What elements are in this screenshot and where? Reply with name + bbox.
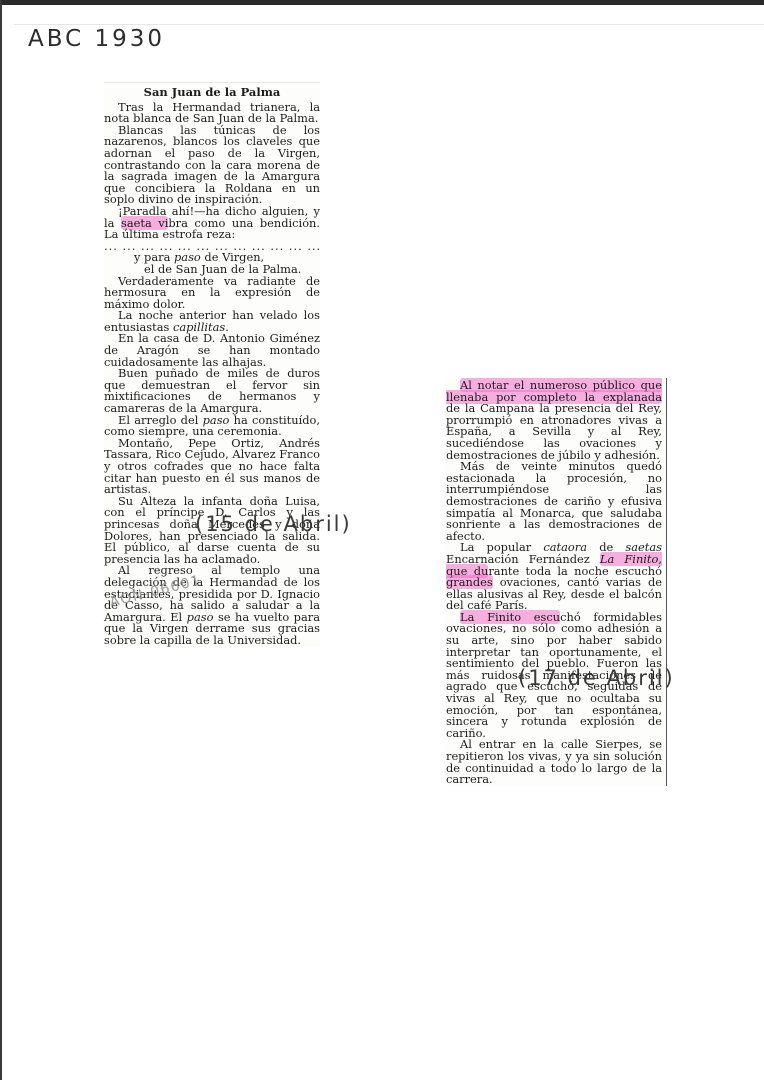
right-clipping: Al notar el numeroso público que llenaba… <box>446 378 667 786</box>
handwritten-date-left: (15 de Abril) <box>195 512 352 536</box>
highlight-mark: Al notar el numeroso público que llenaba… <box>446 378 662 404</box>
paragraph: Blancas las túnicas de los nazarenos, bl… <box>104 125 320 206</box>
paragraph: Al notar el numeroso público que llenaba… <box>446 380 662 461</box>
paragraph: Montaño, Pepe Ortiz, Andrés Tassara, Ric… <box>104 438 320 496</box>
paragraph: La noche anterior han velado los entusia… <box>104 310 320 333</box>
paragraph: El arreglo del paso ha constituído, como… <box>104 415 320 438</box>
scan-top-edge <box>0 0 764 5</box>
paragraph: Tras la Hermandad trianera, la nota blan… <box>104 102 320 125</box>
handwritten-title: ABC 1930 <box>28 26 165 52</box>
handwritten-date-right: (17 de Abril) <box>518 666 675 690</box>
scan-left-edge <box>0 0 2 1080</box>
left-clipping: San Juan de la Palma Tras la Hermandad t… <box>104 82 320 647</box>
paragraph: La popular cataora de saetas Encarnación… <box>446 542 662 612</box>
paragraph: Buen puñado de miles de duros que demues… <box>104 368 320 414</box>
page-edge-line <box>14 24 764 25</box>
paragraph: En la casa de D. Antonio Giménez de Arag… <box>104 333 320 368</box>
paragraph: Al entrar en la calle Sierpes, se repiti… <box>446 739 662 785</box>
clipping-heading: San Juan de la Palma <box>104 87 320 99</box>
paragraph: Al regreso al templo una delegación de l… <box>104 565 320 646</box>
text: de la Campana la presencia del Rey, pror… <box>446 401 662 461</box>
paragraph: Más de veinte minutos quedó estacionada … <box>446 461 662 542</box>
paragraph-exclaim: ¡Paradla ahí!—ha dicho alguien, y la sae… <box>104 206 320 241</box>
paragraph: Verdaderamente va radiante de hermosura … <box>104 276 320 311</box>
